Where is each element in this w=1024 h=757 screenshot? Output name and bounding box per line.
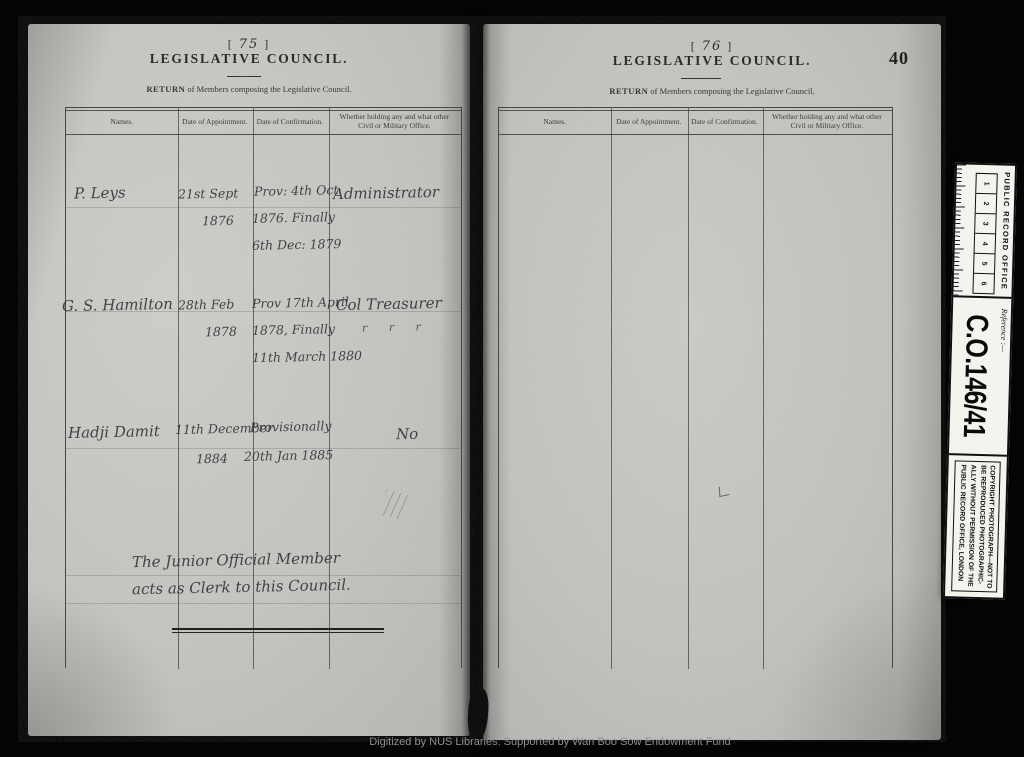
title-rule: [227, 76, 261, 77]
column-divider: [688, 108, 689, 669]
entry-appointed-line: 1878: [205, 324, 237, 340]
entry-office: No: [396, 425, 419, 443]
entry-confirmed-line: Prov: 4th Oct: [254, 182, 339, 199]
ruler-number: 1: [976, 174, 997, 195]
ruler-scale: 1 2 3 4 5 6: [972, 173, 997, 295]
return-subtitle: RETURN of Members composing the Legislat…: [28, 84, 470, 94]
closing-rule: [172, 628, 384, 633]
entry-confirmed-line: Prov 17th April: [252, 294, 349, 311]
ruler-ticks: [953, 164, 966, 295]
ruler-number: 4: [975, 234, 996, 255]
page-title: LEGISLATIVE COUNCIL.: [28, 51, 470, 67]
ditto-marks: r r r: [362, 320, 421, 334]
page-title: LEGISLATIVE COUNCIL.: [483, 53, 941, 69]
left-folio: [ 75 ]: [28, 37, 470, 52]
subtitle-prefix: RETURN: [146, 84, 185, 94]
label-reference-section: Reference :— C.O.146/41: [949, 297, 1011, 457]
right-page: [ 76 ] LEGISLATIVE COUNCIL. 40 RETURN of…: [483, 24, 941, 740]
header-names: Names.: [499, 108, 610, 134]
left-page: [ 75 ] LEGISLATIVE COUNCIL. RETURN of Me…: [28, 24, 470, 736]
label-copyright-section: COPYRIGHT PHOTOGRAPH—NOT TO BE REPRODUCE…: [945, 455, 1007, 598]
folio-bracket-open: [: [228, 37, 234, 51]
header-names: Names.: [66, 108, 177, 134]
entry-confirmed-line: 6th Dec: 1879: [252, 236, 342, 253]
folio-bracket-open: [: [691, 39, 697, 53]
right-folio: [ 76 ]: [483, 39, 941, 54]
writing-line: [65, 603, 462, 604]
ruler-number: 3: [975, 214, 996, 235]
page-number: 40: [889, 48, 909, 69]
folio-number: 75: [239, 37, 260, 52]
table-header-row: Names. Date of Appointment. Date of Conf…: [66, 108, 461, 135]
entry-appointed-line: 1884: [196, 451, 228, 467]
subtitle-rest: of Members composing the Legislative Cou…: [185, 84, 351, 94]
table-header-row: Names. Date of Appointment. Date of Conf…: [499, 108, 892, 135]
archive-label: PUBLIC RECORD OFFICE 1 2 3 4 5 6 Referen…: [943, 162, 1017, 600]
entry-name: P. Leys: [74, 183, 126, 202]
header-confirmation: Date of Confirmation.: [252, 108, 328, 134]
label-ruler-section: PUBLIC RECORD OFFICE 1 2 3 4 5 6: [953, 164, 1015, 299]
entry-confirmed-line: 1876. Finally: [252, 209, 335, 226]
digitization-caption: Digitized by NUS Libraries. Supported by…: [70, 736, 1024, 748]
header-office: Whether holding any and what other Civil…: [328, 108, 461, 134]
subtitle-prefix: RETURN: [609, 86, 648, 96]
ruler-number: 5: [974, 254, 995, 275]
header-office: Whether holding any and what other Civil…: [762, 108, 892, 134]
header-confirmation: Date of Confirmation.: [687, 108, 762, 134]
entry-confirmed-line: 11th March 1880: [252, 348, 362, 365]
entry-confirmed-line: Provisionally: [250, 418, 332, 435]
ruler-number: 6: [973, 274, 994, 294]
writing-line: [65, 575, 462, 576]
folio-bracket-close: ]: [264, 37, 270, 51]
entry-name: G. S. Hamilton: [62, 295, 173, 315]
column-divider: [611, 108, 612, 669]
ruler-number: 2: [976, 194, 997, 215]
header-appointment: Date of Appointment.: [177, 108, 252, 134]
subtitle-rest: of Members composing the Legislative Cou…: [648, 86, 814, 96]
folio-number: 76: [702, 39, 723, 54]
archival-photo: [ 75 ] LEGISLATIVE COUNCIL. RETURN of Me…: [0, 0, 1024, 757]
return-subtitle: RETURN of Members composing the Legislat…: [483, 86, 941, 96]
entry-appointed-line: 28th Feb: [178, 296, 235, 312]
entry-appointed-line: 21st Sept: [178, 185, 239, 201]
entry-name: Hadji Damit: [68, 422, 160, 442]
entry-appointed-line: 1876: [202, 213, 234, 229]
folio-bracket-close: ]: [727, 39, 733, 53]
entry-confirmed-line: 1878, Finally: [252, 321, 335, 338]
column-divider: [763, 108, 764, 669]
entry-office: Administrator: [333, 183, 439, 203]
entry-office: Col Treasurer: [336, 294, 442, 314]
stray-ink-mark: [719, 485, 729, 497]
title-rule: [681, 78, 721, 79]
copyright-notice: COPYRIGHT PHOTOGRAPH—NOT TO BE REPRODUCE…: [951, 460, 1001, 592]
pro-office-name: PUBLIC RECORD OFFICE: [999, 166, 1012, 297]
entry-confirmed-line: 20th Jan 1885: [244, 447, 334, 464]
reference-number: C.O.146/41: [945, 300, 1008, 451]
members-table-right: Names. Date of Appointment. Date of Conf…: [498, 107, 893, 668]
writing-line: [65, 207, 462, 208]
header-appointment: Date of Appointment.: [610, 108, 687, 134]
